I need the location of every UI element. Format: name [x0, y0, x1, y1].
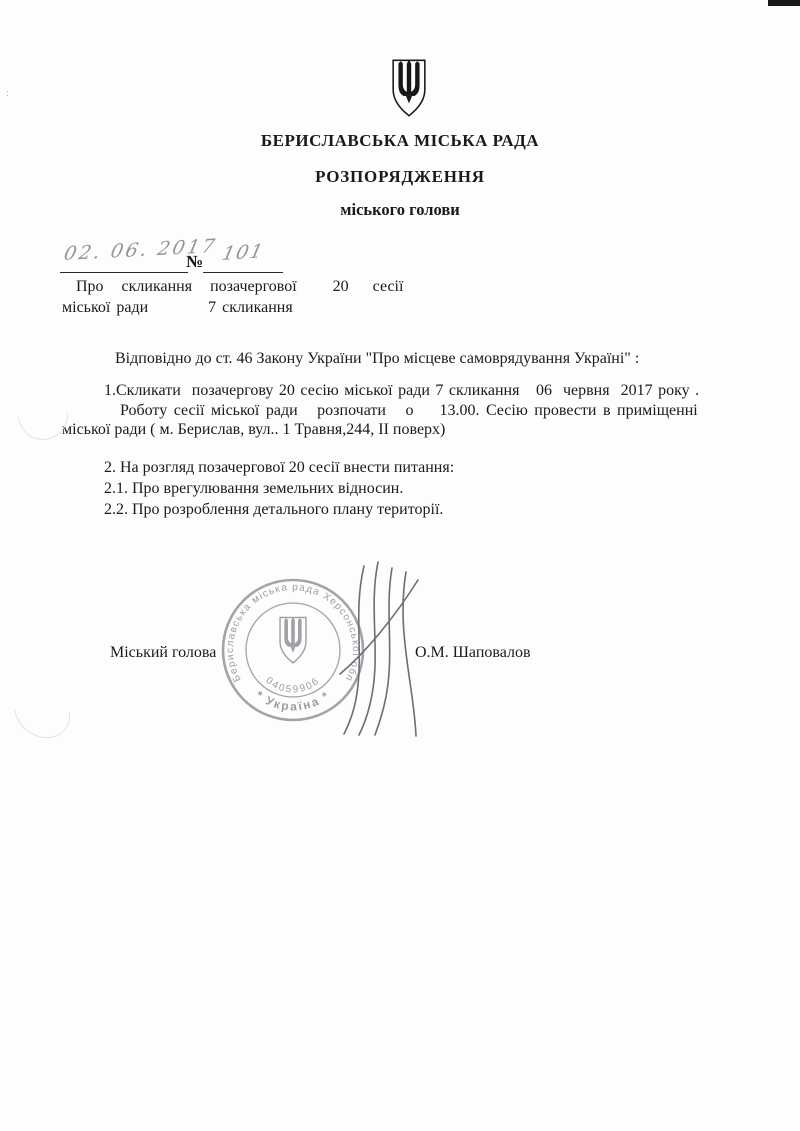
item-1-line-3: міської ради ( м. Берислав, вул.. 1 Трав… — [62, 421, 445, 439]
punch-hole-artifact-2 — [3, 673, 81, 750]
item-2-intro: 2. На розгляд позачергової 20 сесії внес… — [104, 459, 454, 477]
item-1-line-1: 1.Скликати позачергову 20 сесію міської … — [104, 382, 699, 400]
doc-type-heading: РОЗПОРЯДЖЕННЯ — [0, 167, 800, 187]
item-2-1: 2.1. Про врегулювання земельних відносин… — [104, 480, 403, 498]
number-sign-label: № — [186, 252, 203, 272]
signer-title: Міський голова — [110, 644, 216, 662]
legal-basis-paragraph: Відповідно до ст. 46 Закону України "Про… — [115, 350, 639, 368]
doc-subtitle: міського голови — [0, 200, 800, 220]
signer-name: О.М. Шаповалов — [415, 644, 531, 662]
item-2-2: 2.2. Про розроблення детального плану те… — [104, 501, 443, 519]
subject-line-1: Про скликання позачергової 20 сесії — [76, 278, 403, 296]
scan-speck-artifact: : — [6, 88, 9, 99]
scanned-document-page: БЕРИСЛАВСЬКА МІСЬКА РАДА РОЗПОРЯДЖЕННЯ м… — [0, 0, 800, 1131]
punch-hole-artifact-1 — [8, 380, 78, 450]
handwritten-number: 101 — [220, 240, 266, 265]
org-name-heading: БЕРИСЛАВСЬКА МІСЬКА РАДА — [0, 131, 800, 151]
stamp-trident-icon — [280, 617, 306, 663]
item-1-line-2: Роботу сесії міської ради розпочати о 13… — [120, 402, 698, 420]
subject-line-2: міської ради 7 скликання — [62, 299, 293, 317]
number-underline — [203, 272, 283, 273]
scan-corner-artifact — [768, 0, 800, 6]
date-underline — [60, 272, 188, 273]
ukraine-trident-emblem-icon — [387, 56, 431, 120]
